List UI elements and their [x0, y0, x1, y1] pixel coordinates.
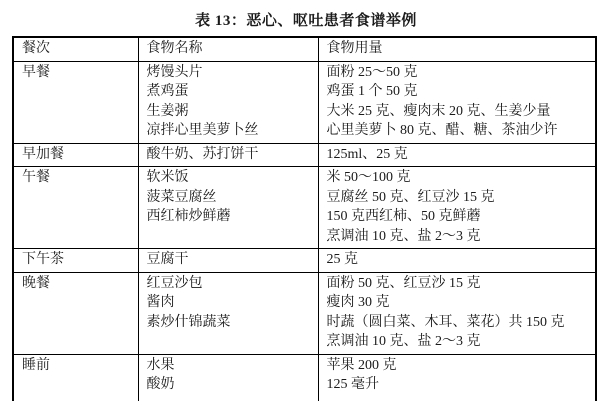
table-body: 早餐烤馒头片煮鸡蛋生姜粥凉拌心里美萝卜丝面粉 25～50 克鸡蛋 1 个 50 … [13, 61, 596, 401]
amount-item: 瘦肉 30 克 [327, 293, 588, 313]
amount-item: 心里美萝卜 80 克、醋、糖、茶油少许 [327, 121, 588, 141]
table-row: 早加餐酸牛奶、苏打饼干125ml、25 克 [13, 143, 596, 167]
food-name-cell: 红豆沙包酱肉素炒什锦蔬菜 [138, 272, 318, 354]
food-item: 酸牛奶、苏打饼干 [147, 145, 310, 165]
food-name-cell: 水果酸奶 [138, 354, 318, 401]
food-item: 水果 [147, 356, 310, 376]
amount-item: 豆腐丝 50 克、红豆沙 15 克 [327, 188, 588, 208]
amount-item: 烹调油 10 克、盐 2～3 克 [327, 332, 588, 352]
table-title: 表 13：恶心、呕吐患者食谱举例 [0, 9, 612, 30]
food-item: 煮鸡蛋 [147, 82, 310, 102]
food-item: 红豆沙包 [147, 274, 310, 294]
food-item: 烤馒头片 [147, 63, 310, 83]
amount-item: 25 克 [327, 250, 588, 270]
table-row: 午餐软米饭菠菜豆腐丝西红柿炒鲜蘑米 50～100 克豆腐丝 50 克、红豆沙 1… [13, 167, 596, 249]
table-row: 睡前水果酸奶苹果 200 克125 毫升 [13, 354, 596, 401]
food-amount-cell: 苹果 200 克125 毫升 [318, 354, 596, 401]
header-meal: 餐次 [13, 37, 138, 61]
amount-item: 烹调油 10 克、盐 2～3 克 [327, 227, 588, 247]
food-amount-cell: 25 克 [318, 249, 596, 273]
food-item: 凉拌心里美萝卜丝 [147, 121, 310, 141]
meal-cell: 下午茶 [13, 249, 138, 273]
amount-item: 125 毫升 [327, 375, 588, 395]
amount-item: 125ml、25 克 [327, 145, 588, 165]
amount-item: 时蔬（圆白菜、木耳、菜花）共 150 克 [327, 313, 588, 333]
table-row: 早餐烤馒头片煮鸡蛋生姜粥凉拌心里美萝卜丝面粉 25～50 克鸡蛋 1 个 50 … [13, 61, 596, 143]
table-header-row: 餐次 食物名称 食物用量 [13, 37, 596, 61]
amount-item: 150 克西红柿、50 克鲜蘑 [327, 207, 588, 227]
amount-item: 面粉 25～50 克 [327, 63, 588, 83]
menu-table: 餐次 食物名称 食物用量 早餐烤馒头片煮鸡蛋生姜粥凉拌心里美萝卜丝面粉 25～5… [12, 36, 597, 401]
amount-item: 米 50～100 克 [327, 168, 588, 188]
header-food-name: 食物名称 [138, 37, 318, 61]
meal-cell: 睡前 [13, 354, 138, 401]
food-amount-cell: 125ml、25 克 [318, 143, 596, 167]
food-amount-cell: 面粉 50 克、红豆沙 15 克瘦肉 30 克时蔬（圆白菜、木耳、菜花）共 15… [318, 272, 596, 354]
amount-item: 苹果 200 克 [327, 356, 588, 376]
food-amount-cell: 面粉 25～50 克鸡蛋 1 个 50 克大米 25 克、瘦肉末 20 克、生姜… [318, 61, 596, 143]
food-item: 软米饭 [147, 168, 310, 188]
food-item: 西红柿炒鲜蘑 [147, 207, 310, 227]
meal-cell: 午餐 [13, 167, 138, 249]
amount-item: 大米 25 克、瘦肉末 20 克、生姜少量 [327, 102, 588, 122]
food-name-cell: 豆腐干 [138, 249, 318, 273]
meal-cell: 晚餐 [13, 272, 138, 354]
table-row: 晚餐红豆沙包酱肉素炒什锦蔬菜面粉 50 克、红豆沙 15 克瘦肉 30 克时蔬（… [13, 272, 596, 354]
meal-cell: 早餐 [13, 61, 138, 143]
food-item: 豆腐干 [147, 250, 310, 270]
document-page: 表 13：恶心、呕吐患者食谱举例 餐次 食物名称 食物用量 早餐烤馒头片煮鸡蛋生… [0, 0, 612, 401]
food-item: 酸奶 [147, 375, 310, 395]
food-name-cell: 软米饭菠菜豆腐丝西红柿炒鲜蘑 [138, 167, 318, 249]
food-item: 素炒什锦蔬菜 [147, 313, 310, 333]
food-name-cell: 酸牛奶、苏打饼干 [138, 143, 318, 167]
amount-item: 鸡蛋 1 个 50 克 [327, 82, 588, 102]
food-item: 菠菜豆腐丝 [147, 188, 310, 208]
food-amount-cell: 米 50～100 克豆腐丝 50 克、红豆沙 15 克150 克西红柿、50 克… [318, 167, 596, 249]
food-item: 酱肉 [147, 293, 310, 313]
food-name-cell: 烤馒头片煮鸡蛋生姜粥凉拌心里美萝卜丝 [138, 61, 318, 143]
food-item: 生姜粥 [147, 102, 310, 122]
header-food-amount: 食物用量 [318, 37, 596, 61]
amount-item: 面粉 50 克、红豆沙 15 克 [327, 274, 588, 294]
table-row: 下午茶豆腐干25 克 [13, 249, 596, 273]
meal-cell: 早加餐 [13, 143, 138, 167]
